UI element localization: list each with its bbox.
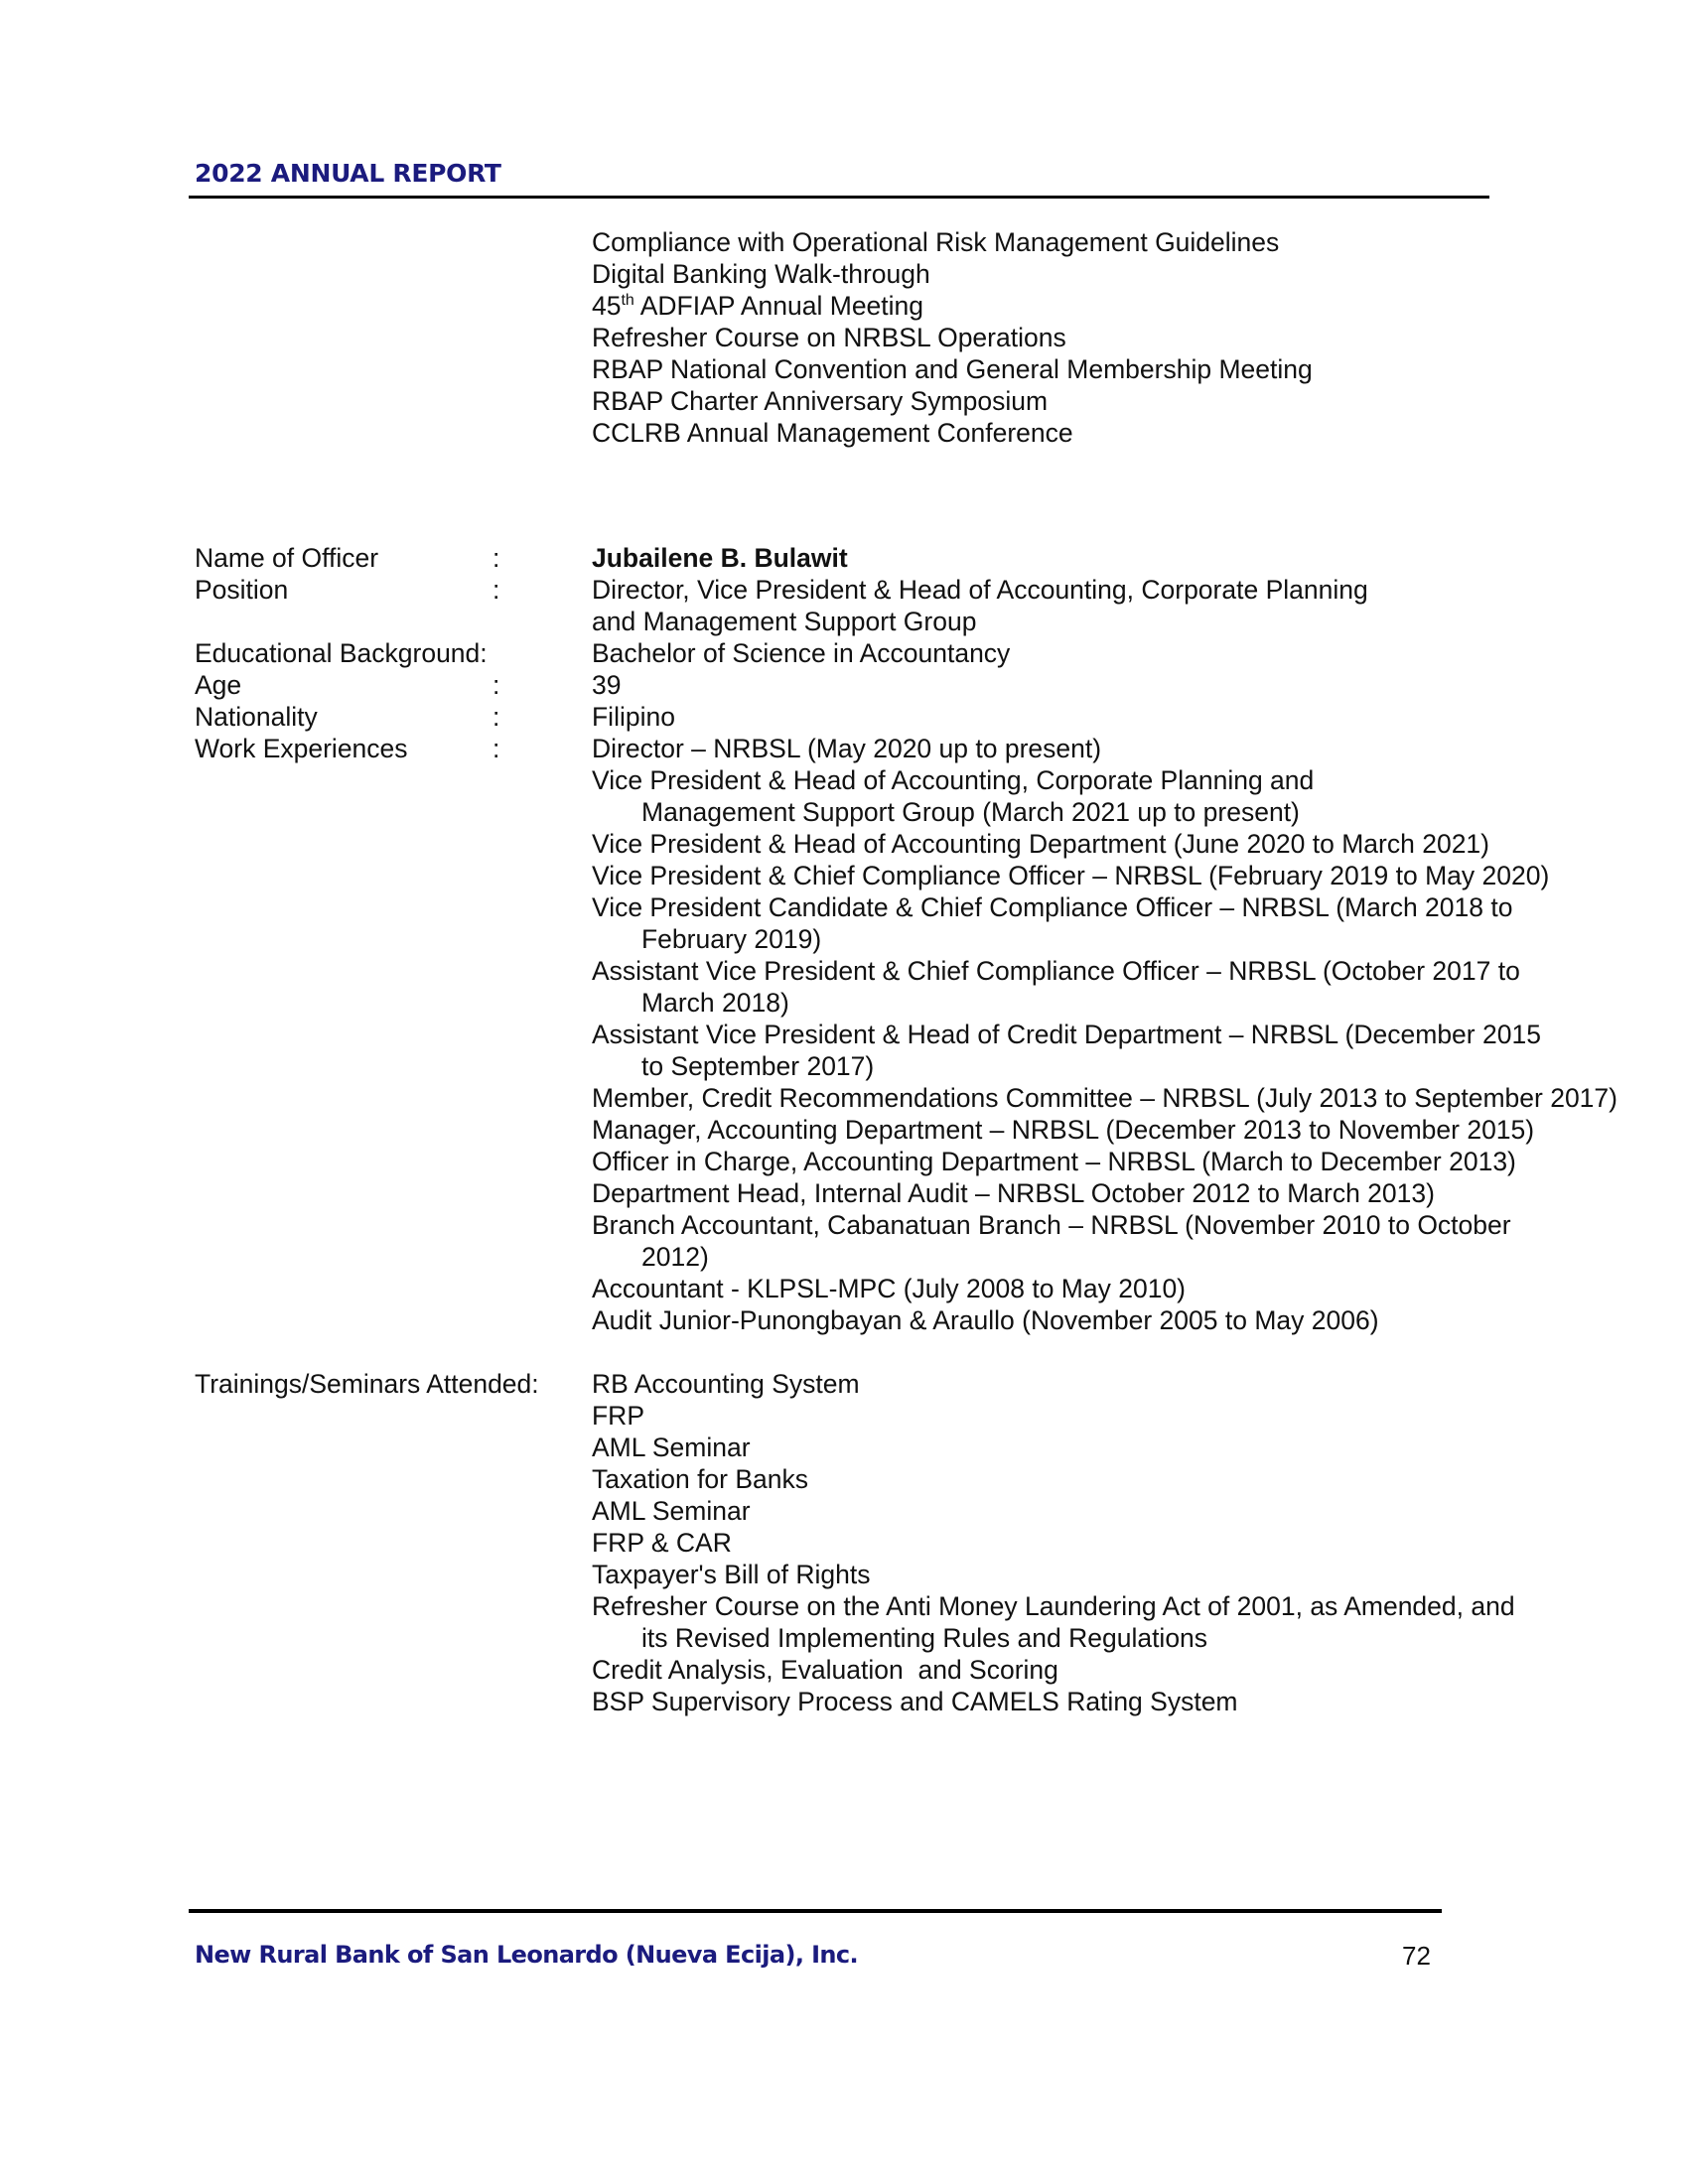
training-item-text: ADFIAP Annual Meeting xyxy=(634,291,923,321)
work-experience-item: Department Head, Internal Audit – NRBSL … xyxy=(592,1177,1634,1209)
work-experience-values: Director – NRBSL (May 2020 up to present… xyxy=(592,733,1605,1336)
training-item: FRP & CAR xyxy=(592,1527,1605,1559)
training-item: RBAP Charter Anniversary Symposium xyxy=(592,385,1313,417)
training-item: Refresher Course on the Anti Money Laund… xyxy=(592,1590,1515,1654)
name-label: Name of Officer xyxy=(195,542,492,574)
nationality-row: Nationality : Filipino xyxy=(195,701,1634,733)
nationality-label: Nationality xyxy=(195,701,492,733)
officer-name: Jubailene B. Bulawit xyxy=(592,542,1605,574)
page-number: 72 xyxy=(1402,1941,1431,1972)
officer-name-row: Name of Officer : Jubailene B. Bulawit xyxy=(195,542,1634,574)
age-label: Age xyxy=(195,669,492,701)
officer-profile: Name of Officer : Jubailene B. Bulawit P… xyxy=(195,542,1634,1717)
colon: : xyxy=(492,574,592,637)
work-experience-item: Manager, Accounting Department – NRBSL (… xyxy=(592,1114,1560,1146)
position-value: Director, Vice President & Head of Accou… xyxy=(592,574,1416,637)
training-item: Taxpayer's Bill of Rights xyxy=(592,1559,1605,1590)
education-label: Educational Background: xyxy=(195,637,592,669)
previous-trainings-list: Compliance with Operational Risk Managem… xyxy=(592,226,1313,449)
training-item: RBAP National Convention and General Mem… xyxy=(592,353,1313,385)
position-label: Position xyxy=(195,574,492,637)
section-spacer xyxy=(195,1336,1634,1368)
training-item: BSP Supervisory Process and CAMELS Ratin… xyxy=(592,1686,1605,1717)
header-divider xyxy=(189,196,1489,199)
position-row: Position : Director, Vice President & He… xyxy=(195,574,1634,637)
colon: : xyxy=(492,733,592,1336)
report-header-title: 2022 ANNUAL REPORT xyxy=(195,159,501,188)
colon: : xyxy=(492,542,592,574)
ordinal-number: 45 xyxy=(592,291,621,321)
training-item: Taxation for Banks xyxy=(592,1463,1605,1495)
work-experience-item: Vice President & Head of Accounting, Cor… xyxy=(592,764,1436,828)
work-experience-item: Assistant Vice President & Chief Complia… xyxy=(592,955,1580,1019)
footer-divider xyxy=(189,1909,1442,1913)
training-item: RB Accounting System xyxy=(592,1368,1605,1400)
training-item: Digital Banking Walk-through xyxy=(592,258,1313,290)
colon: : xyxy=(492,669,592,701)
training-item: FRP xyxy=(592,1400,1605,1432)
work-experience-item: Officer in Charge, Accounting Department… xyxy=(592,1146,1545,1177)
work-experience-item: Vice President Candidate & Chief Complia… xyxy=(592,891,1575,955)
work-experience-item: Director – NRBSL (May 2020 up to present… xyxy=(592,733,1535,764)
training-item: Compliance with Operational Risk Managem… xyxy=(592,226,1313,258)
work-experience-item: Assistant Vice President & Head of Credi… xyxy=(592,1019,1570,1082)
work-experience-list: Director – NRBSL (May 2020 up to present… xyxy=(592,733,1605,1336)
colon: : xyxy=(492,701,592,733)
work-experience-label: Work Experiences xyxy=(195,733,492,1336)
training-item: CCLRB Annual Management Conference xyxy=(592,417,1313,449)
work-experience-item: Branch Accountant, Cabanatuan Branch – N… xyxy=(592,1209,1535,1273)
trainings-values: RB Accounting System FRP AML Seminar Tax… xyxy=(592,1368,1605,1717)
work-experience-item: Member, Credit Recommendations Committee… xyxy=(592,1082,1624,1114)
training-item: AML Seminar xyxy=(592,1432,1605,1463)
work-experience-row: Work Experiences : Director – NRBSL (May… xyxy=(195,733,1634,1336)
trainings-list: RB Accounting System FRP AML Seminar Tax… xyxy=(592,1368,1605,1717)
ordinal-suffix: th xyxy=(621,292,633,309)
training-item: Credit Analysis, Evaluation and Scoring xyxy=(592,1654,1605,1686)
age-value: 39 xyxy=(592,669,1605,701)
work-experience-item: Vice President & Head of Accounting Depa… xyxy=(592,828,1515,860)
education-row: Educational Background: Bachelor of Scie… xyxy=(195,637,1634,669)
footer-organization-name: New Rural Bank of San Leonardo (Nueva Ec… xyxy=(195,1941,858,1969)
work-experience-item: Accountant - KLPSL-MPC (July 2008 to May… xyxy=(592,1273,1535,1304)
work-experience-item: Vice President & Chief Compliance Office… xyxy=(592,860,1565,891)
work-experience-item: Audit Junior-Punongbayan & Araullo (Nove… xyxy=(592,1304,1535,1336)
trainings-label: Trainings/Seminars Attended: xyxy=(195,1368,592,1717)
age-row: Age : 39 xyxy=(195,669,1634,701)
nationality-value: Filipino xyxy=(592,701,1605,733)
trainings-row: Trainings/Seminars Attended: RB Accounti… xyxy=(195,1368,1634,1717)
training-item: 45th ADFIAP Annual Meeting xyxy=(592,290,1313,322)
training-item: Refresher Course on NRBSL Operations xyxy=(592,322,1313,353)
education-value: Bachelor of Science in Accountancy xyxy=(592,637,1605,669)
training-item: AML Seminar xyxy=(592,1495,1605,1527)
